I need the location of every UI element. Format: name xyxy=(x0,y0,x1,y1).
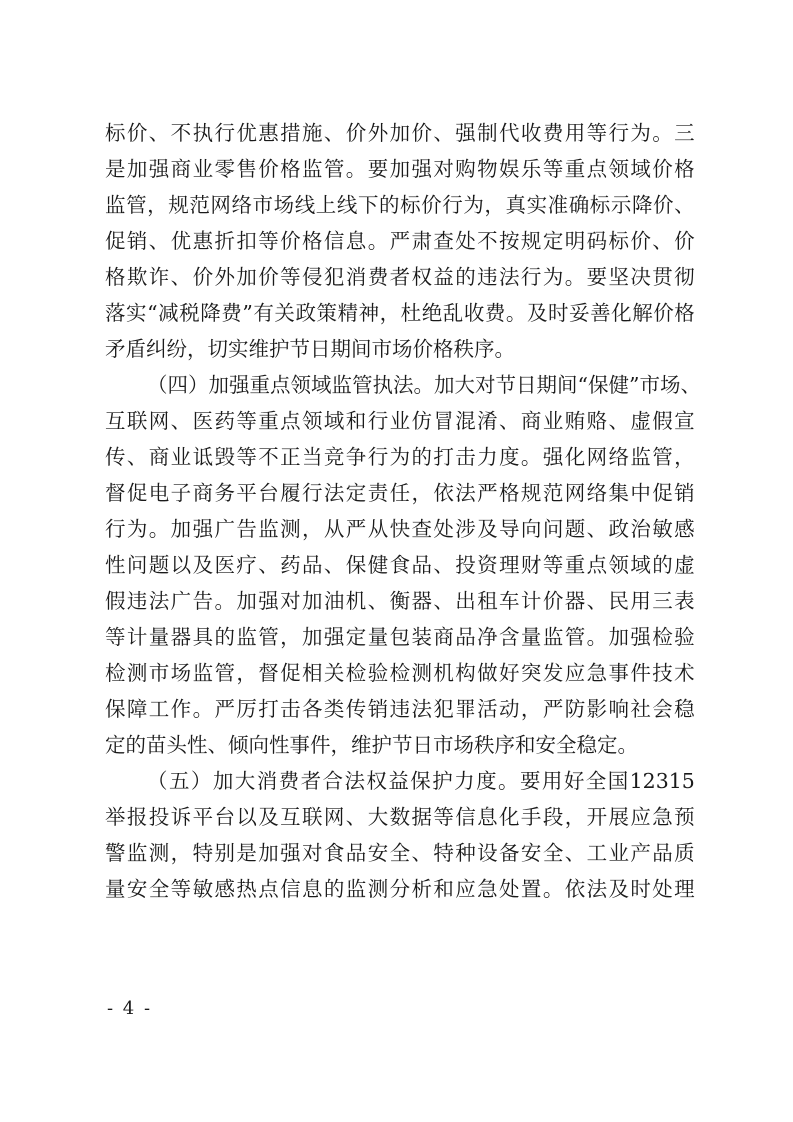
text-line: 格欺诈、价外加价等侵犯消费者权益的违法行为。要坚决贯彻 xyxy=(105,259,695,295)
text-line: 量安全等敏感热点信息的监测分析和应急处置。依法及时处理 xyxy=(105,871,695,907)
text-line: 举报投诉平台以及互联网、大数据等信息化手段，开展应急预 xyxy=(105,799,695,835)
text-line: 行为。加强广告监测，从严从快查处涉及导向问题、政治敏感 xyxy=(105,511,695,547)
paragraph-continued: 标价、不执行优惠措施、价外加价、强制代收费用等行为。三 是加强商业零售价格监管。… xyxy=(105,115,695,367)
paragraph-section-4: （四）加强重点领域监管执法。加大对节日期间“保健”市场、 互联网、医药等重点领域… xyxy=(105,367,695,763)
body-text: 标价、不执行优惠措施、价外加价、强制代收费用等行为。三 是加强商业零售价格监管。… xyxy=(105,115,695,907)
text-line: 矛盾纠纷，切实维护节日期间市场价格秩序。 xyxy=(105,331,695,367)
page-number: - 4 - xyxy=(107,998,152,1019)
text-line: 检测市场监管，督促相关检验检测机构做好突发应急事件技术 xyxy=(105,655,695,691)
text-line: 性问题以及医疗、药品、保健食品、投资理财等重点领域的虚 xyxy=(105,547,695,583)
document-page: 标价、不执行优惠措施、价外加价、强制代收费用等行为。三 是加强商业零售价格监管。… xyxy=(0,0,793,1122)
text-line: 定的苗头性、倾向性事件，维护节日市场秩序和安全稳定。 xyxy=(105,727,695,763)
text-line: 等计量器具的监管，加强定量包装商品净含量监管。加强检验 xyxy=(105,619,695,655)
text-line: 督促电子商务平台履行法定责任，依法严格规范网络集中促销 xyxy=(105,475,695,511)
text-line: 保障工作。严厉打击各类传销违法犯罪活动，严防影响社会稳 xyxy=(105,691,695,727)
text-line: 落实“减税降费”有关政策精神，杜绝乱收费。及时妥善化解价格 xyxy=(105,295,695,331)
text-line: 警监测，特别是加强对食品安全、特种设备安全、工业产品质 xyxy=(105,835,695,871)
text-line: 传、商业诋毁等不正当竞争行为的打击力度。强化网络监管， xyxy=(105,439,695,475)
text-line: 是加强商业零售价格监管。要加强对购物娱乐等重点领域价格 xyxy=(105,151,695,187)
paragraph-section-5: （五）加大消费者合法权益保护力度。要用好全国 12315 举报投诉平台以及互联网… xyxy=(105,763,695,907)
text-line: 标价、不执行优惠措施、价外加价、强制代收费用等行为。三 xyxy=(105,115,695,151)
section-heading-line: （四）加强重点领域监管执法。加大对节日期间“保健”市场、 xyxy=(105,367,695,403)
text-line: 假违法广告。加强对加油机、衡器、出租车计价器、民用三表 xyxy=(105,583,695,619)
section-heading-line: （五）加大消费者合法权益保护力度。要用好全国 12315 xyxy=(105,763,695,799)
text-line: 监管，规范网络市场线上线下的标价行为，真实准确标示降价、 xyxy=(105,187,695,223)
text-line: 促销、优惠折扣等价格信息。严肃查处不按规定明码标价、价 xyxy=(105,223,695,259)
text-line: 互联网、医药等重点领域和行业仿冒混淆、商业贿赂、虚假宣 xyxy=(105,403,695,439)
